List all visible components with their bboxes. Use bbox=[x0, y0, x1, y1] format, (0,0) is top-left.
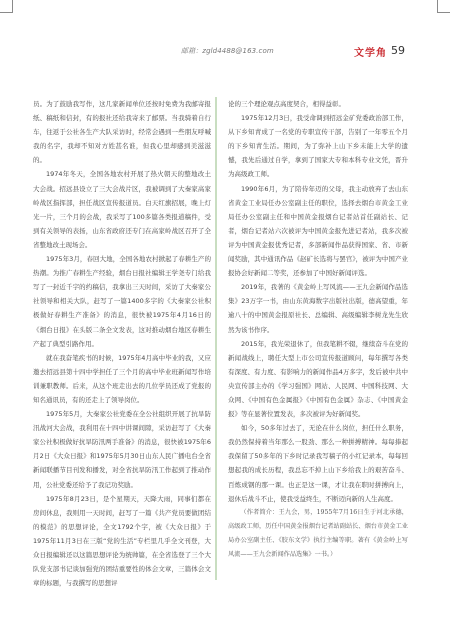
left-column: 员。为了鼓励我写作，这几家新闻单位还按时免费为我邮寄报纸、稿纸和信封，有的报社还… bbox=[33, 97, 211, 590]
paragraph: 1975年12月3日，我受命调到招远金矿党委政治部工作，从下乡知青成了一名党的专… bbox=[228, 111, 408, 181]
contact-email: 邮箱：zgld4488@163.com bbox=[181, 46, 274, 56]
paragraph: 论的三个理论观点高度契合，相得益彰。 bbox=[228, 97, 408, 111]
page-header: 邮箱：zgld4488@163.com 文学角 59 bbox=[0, 44, 450, 60]
paragraph: 就在我奋笔疾书的时候，1975年4月高中毕业的我，又应邀去招远县第十四中学担任了… bbox=[33, 351, 211, 407]
author-bio: （作者简介：王九会，男，1955年7月16日生于河北承德，高级政工师，历任中国黄… bbox=[228, 506, 408, 562]
paragraph: 1975年8月23日，是个星期天，天降大雨，同事们都在房间休息，我则用一天时间，… bbox=[33, 492, 211, 591]
paragraph: 1975年5月，大秦家公社党委在全公社组织开展了抗旱防汛战河大会战，我利用在十四… bbox=[33, 407, 211, 492]
right-column: 论的三个理论观点高度契合，相得益彰。 1975年12月3日，我受命调到招远金矿党… bbox=[228, 97, 408, 562]
page-number: 59 bbox=[391, 44, 405, 57]
paragraph: 如今，50多年过去了，无论在什么岗位，担任什么职务，我仍然保持着当年那么一股劲、… bbox=[228, 421, 408, 506]
paragraph: 1974年冬天，全国各地农村开展了热火朝天的整地改土大会战。招远县设立了三大会战… bbox=[33, 167, 211, 252]
crop-mark-top-right bbox=[437, 0, 450, 13]
paragraph: 1975年3月，春回大地，全国各地农村掀起了春耕生产的热潮。为推广春耕生产经验，… bbox=[33, 252, 211, 351]
paragraph: 2019年，我著的《黄金岭上写风流——王九会新闻作品选集》23万字一书，由山东黄… bbox=[228, 280, 408, 336]
section-title: 文学角 bbox=[354, 44, 387, 59]
paragraph: 2015年，我光荣退休了，但我笔耕不辍，继续奋斗在党的新闻战线上，聘任大型上市公… bbox=[228, 337, 408, 422]
paragraph: 员。为了鼓励我写作，这几家新闻单位还按时免费为我邮寄报纸、稿纸和信封，有的报社还… bbox=[33, 97, 211, 167]
column-divider bbox=[215, 97, 217, 580]
paragraph: 1990年6月，为了陪侍年迈的父母，我主动放弃了去山东省黄金工业局任办公室副主任… bbox=[228, 182, 408, 281]
crop-mark-top-left bbox=[0, 0, 13, 13]
